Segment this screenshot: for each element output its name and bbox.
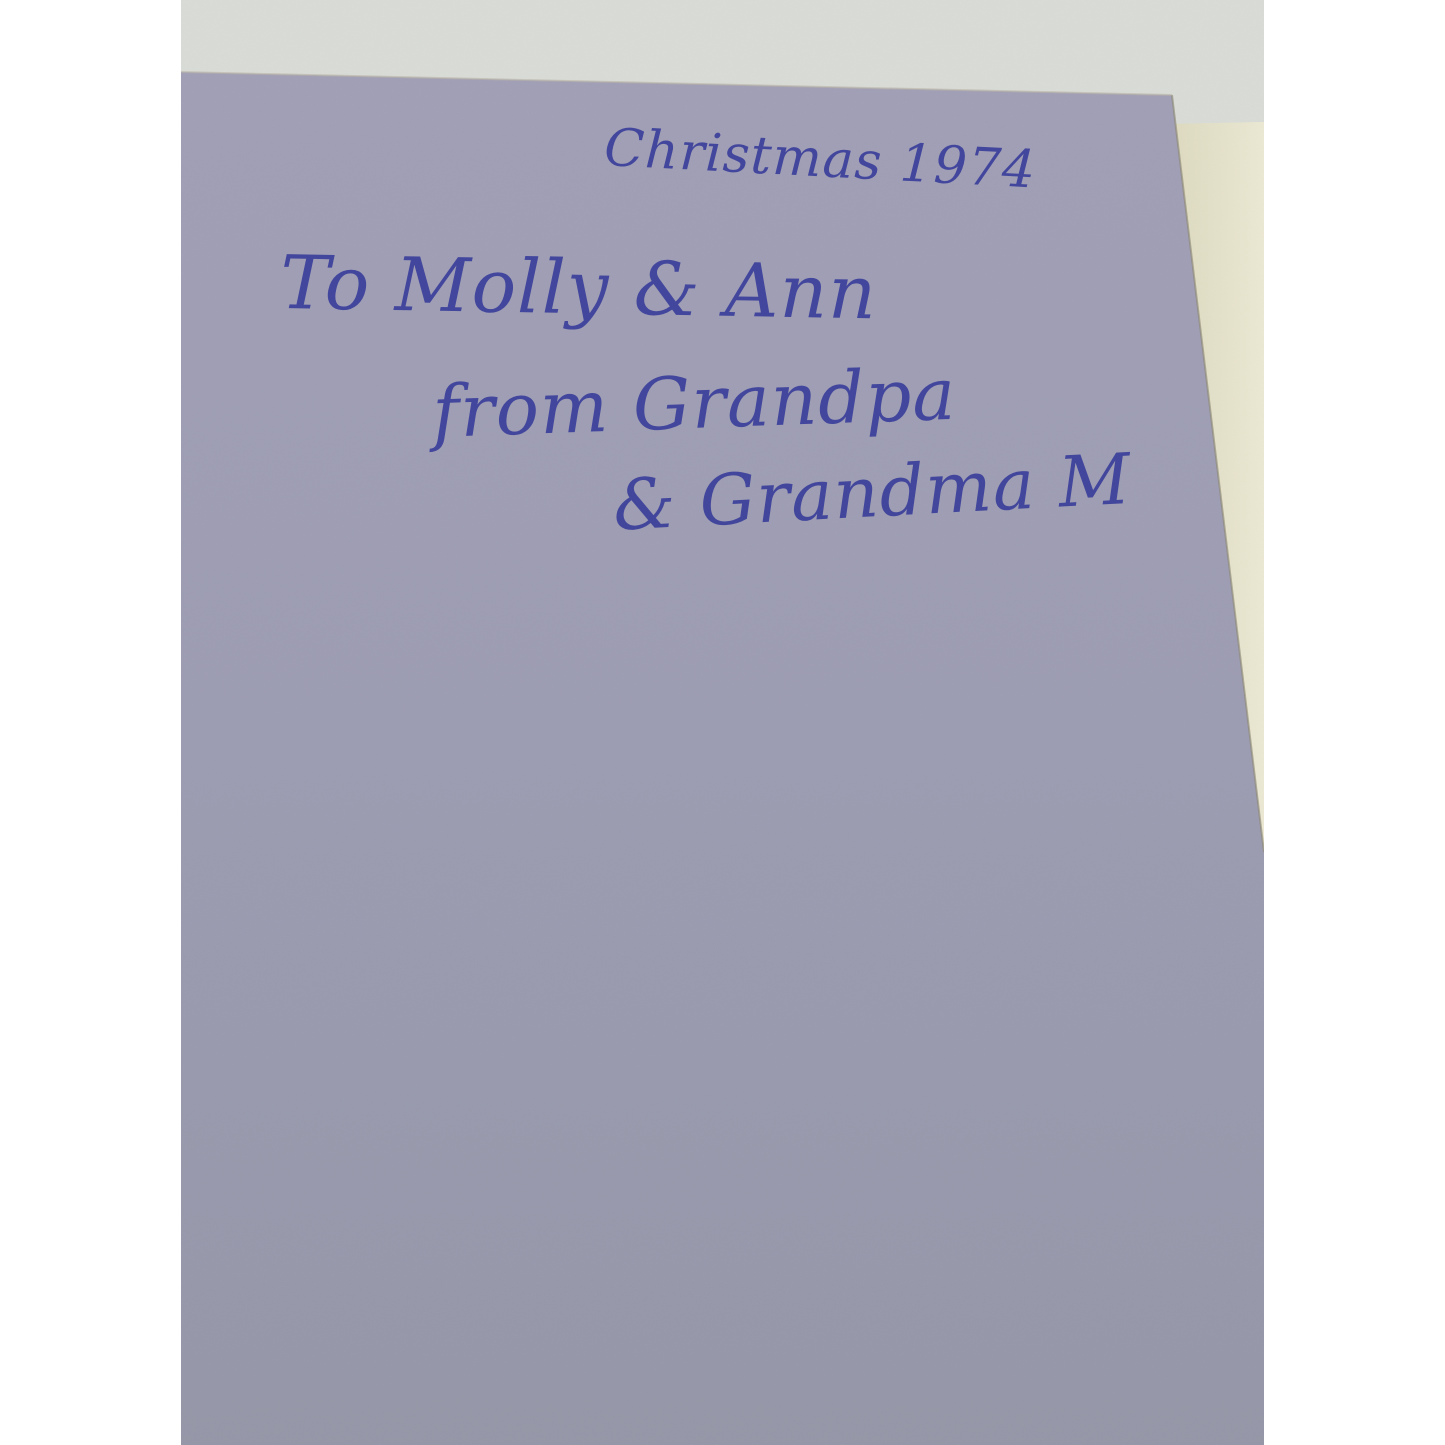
book-photo: Christmas 1974 To Molly & Ann from Grand… xyxy=(181,0,1264,1445)
inscription-recipients: To Molly & Ann xyxy=(279,240,877,336)
book-photo-canvas xyxy=(181,0,1264,1445)
